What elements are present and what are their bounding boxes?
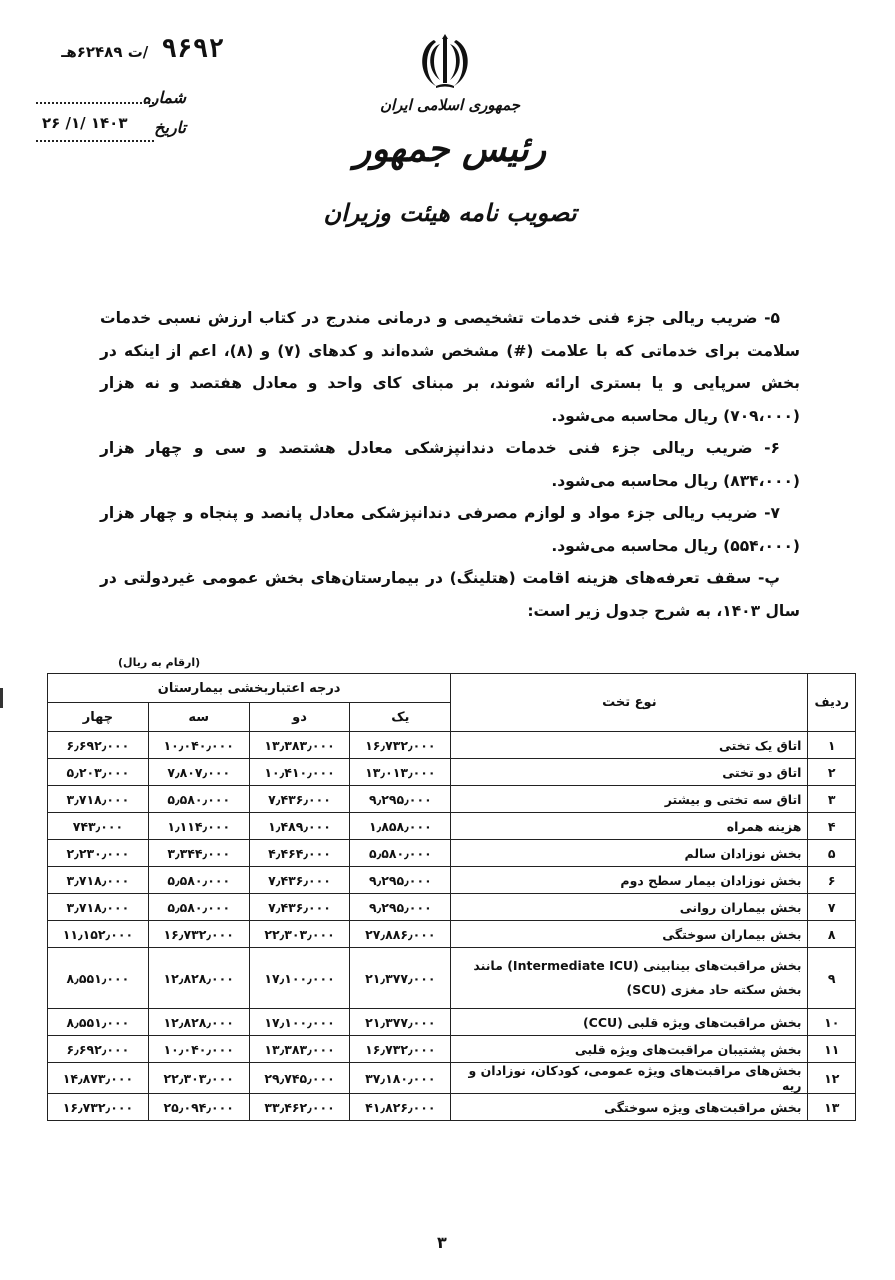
page-number: ۳ [437,1233,447,1252]
date-value: ۱۴۰۳ /۱/ ۲۶ [42,114,128,132]
grade-2-value: ۱٫۴۸۹٫۰۰۰ [249,813,350,840]
grade-4-value: ۱۴٫۸۷۳٫۰۰۰ [48,1063,149,1094]
row-number: ۹ [808,948,856,1009]
grade-3-value: ۲۲٫۳۰۳٫۰۰۰ [148,1063,249,1094]
grade-3-value: ۷٫۸۰۷٫۰۰۰ [148,759,249,786]
grade-4-value: ۶٫۶۹۲٫۰۰۰ [48,732,149,759]
grade-2-value: ۱۰٫۴۱۰٫۰۰۰ [249,759,350,786]
table-row: ۱۲ بخش‌های مراقبت‌های ویژه عمومی، کودکان… [48,1063,856,1094]
handwritten-reference-number: ۹۶۹۲ [161,34,224,64]
row-number: ۷ [808,894,856,921]
grade-4-value: ۸٫۵۵۱٫۰۰۰ [48,948,149,1009]
grade-1-value: ۹٫۲۹۵٫۰۰۰ [350,786,451,813]
row-number: ۴ [808,813,856,840]
paragraph-clause-5: ۵- ضریب ریالی جزء فنی خدمات تشخیصی و درم… [100,302,800,432]
number-date-block: شماره تاریخ ۱۴۰۳ /۱/ ۲۶ [36,88,186,140]
grade-1-value: ۲۷٫۸۸۶٫۰۰۰ [350,921,451,948]
header-president: رئیس جمهور [300,128,600,170]
bed-type: اتاق یک تختی [451,732,808,759]
grade-3-value: ۳٫۳۴۴٫۰۰۰ [148,840,249,867]
table-row: ۱۱ بخش پشتیبان مراقبت‌های ویژه قلبی ۱۶٫۷… [48,1036,856,1063]
date-label: تاریخ [154,118,186,137]
table-row: ۲ اتاق دو تختی ۱۳٫۰۱۳٫۰۰۰ ۱۰٫۴۱۰٫۰۰۰ ۷٫۸… [48,759,856,786]
grade-3-value: ۱۲٫۸۲۸٫۰۰۰ [148,1009,249,1036]
table-row: ۱۰ بخش مراقبت‌های ویژه قلبی (CCU) ۲۱٫۳۷۷… [48,1009,856,1036]
grade-1-value: ۵٫۵۸۰٫۰۰۰ [350,840,451,867]
grade-2-value: ۲۲٫۳۰۳٫۰۰۰ [249,921,350,948]
grade-4-value: ۲٫۲۳۰٫۰۰۰ [48,840,149,867]
grade-3-value: ۲۵٫۰۹۴٫۰۰۰ [148,1094,249,1121]
grade-1-value: ۹٫۲۹۵٫۰۰۰ [350,867,451,894]
bed-type: بخش بیماران سوختگی [451,921,808,948]
col-header-row-number: ردیف [808,674,856,732]
col-header-grade-2: دو [249,703,350,732]
bed-type: اتاق دو تختی [451,759,808,786]
grade-3-value: ۱۶٫۷۳۲٫۰۰۰ [148,921,249,948]
row-number: ۵ [808,840,856,867]
grade-1-value: ۲۱٫۳۷۷٫۰۰۰ [350,1009,451,1036]
grade-1-value: ۱٫۸۵۸٫۰۰۰ [350,813,451,840]
grade-1-value: ۱۶٫۷۳۲٫۰۰۰ [350,732,451,759]
row-number: ۲ [808,759,856,786]
paragraph-clause-7: ۷- ضریب ریالی جزء مواد و لوازم مصرفی دند… [100,497,800,562]
row-number: ۱۱ [808,1036,856,1063]
bed-type: بخش پشتیبان مراقبت‌های ویژه قلبی [451,1036,808,1063]
grade-4-value: ۵٫۲۰۳٫۰۰۰ [48,759,149,786]
bed-type: بخش نوزادان سالم [451,840,808,867]
grade-3-value: ۱۰٫۰۴۰٫۰۰۰ [148,732,249,759]
grade-1-value: ۳۷٫۱۸۰٫۰۰۰ [350,1063,451,1094]
grade-1-value: ۲۱٫۳۷۷٫۰۰۰ [350,948,451,1009]
header-republic: جمهوری اسلامی ایران [300,96,600,114]
number-dotted-line [36,102,154,104]
iran-emblem-icon [414,30,476,92]
grade-2-value: ۳۳٫۴۶۲٫۰۰۰ [249,1094,350,1121]
grade-2-value: ۱۷٫۱۰۰٫۰۰۰ [249,948,350,1009]
col-header-grade-1: یک [350,703,451,732]
grade-4-value: ۳٫۷۱۸٫۰۰۰ [48,867,149,894]
table-row: ۹ بخش مراقبت‌های بینابینی (Intermediate … [48,948,856,1009]
row-number: ۸ [808,921,856,948]
grade-3-value: ۱۰٫۰۴۰٫۰۰۰ [148,1036,249,1063]
row-number: ۱ [808,732,856,759]
row-number: ۱۰ [808,1009,856,1036]
bed-type: بخش مراقبت‌های بینابینی (Intermediate IC… [451,948,808,1009]
grade-2-value: ۷٫۴۳۶٫۰۰۰ [249,786,350,813]
grade-2-value: ۲۹٫۷۴۵٫۰۰۰ [249,1063,350,1094]
scan-edge-mark [0,688,3,708]
grade-4-value: ۸٫۵۵۱٫۰۰۰ [48,1009,149,1036]
table-row: ۱۳ بخش مراقبت‌های ویژه سوختگی ۴۱٫۸۲۶٫۰۰۰… [48,1094,856,1121]
grade-4-value: ۶٫۶۹۲٫۰۰۰ [48,1036,149,1063]
table-row: ۸ بخش بیماران سوختگی ۲۷٫۸۸۶٫۰۰۰ ۲۲٫۳۰۳٫۰… [48,921,856,948]
number-row: شماره [36,88,186,110]
table-row: ۵ بخش نوزادان سالم ۵٫۵۸۰٫۰۰۰ ۴٫۴۶۴٫۰۰۰ ۳… [48,840,856,867]
grade-2-value: ۴٫۴۶۴٫۰۰۰ [249,840,350,867]
reference-code: /ت ۶۲۴۸۹هـ [61,43,148,61]
bed-type: بخش بیماران روانی [451,894,808,921]
grade-4-value: ۳٫۷۱۸٫۰۰۰ [48,786,149,813]
table-row: ۶ بخش نوزادان بیمار سطح دوم ۹٫۲۹۵٫۰۰۰ ۷٫… [48,867,856,894]
bed-type: بخش‌های مراقبت‌های ویژه عمومی، کودکان، ن… [451,1063,808,1094]
grade-1-value: ۹٫۲۹۵٫۰۰۰ [350,894,451,921]
row-number: ۶ [808,867,856,894]
col-header-grade-4: چهار [48,703,149,732]
header-cabinet-resolution: تصویب نامه هیئت وزیران [300,198,600,227]
col-header-bed-type: نوع تخت [451,674,808,732]
table-row: ۱ اتاق یک تختی ۱۶٫۷۳۲٫۰۰۰ ۱۳٫۳۸۳٫۰۰۰ ۱۰٫… [48,732,856,759]
bed-type: بخش نوزادان بیمار سطح دوم [451,867,808,894]
number-label: شماره [142,88,186,107]
row-number: ۳ [808,786,856,813]
grade-2-value: ۷٫۴۳۶٫۰۰۰ [249,894,350,921]
grade-2-value: ۱۷٫۱۰۰٫۰۰۰ [249,1009,350,1036]
grade-2-value: ۱۳٫۳۸۳٫۰۰۰ [249,732,350,759]
grade-3-value: ۵٫۵۸۰٫۰۰۰ [148,894,249,921]
bed-type: بخش مراقبت‌های ویژه قلبی (CCU) [451,1009,808,1036]
bed-type: هزینه همراه [451,813,808,840]
grade-3-value: ۵٫۵۸۰٫۰۰۰ [148,786,249,813]
grade-1-value: ۴۱٫۸۲۶٫۰۰۰ [350,1094,451,1121]
paragraph-clause-p: پ- سقف تعرفه‌های هزینه اقامت (هتلینگ) در… [100,562,800,627]
col-header-grade-group: درجه اعتباربخشی بیمارستان [48,674,451,703]
bed-type: بخش مراقبت‌های ویژه سوختگی [451,1094,808,1121]
grade-1-value: ۱۳٫۰۱۳٫۰۰۰ [350,759,451,786]
grade-4-value: ۳٫۷۱۸٫۰۰۰ [48,894,149,921]
table-row: ۳ اتاق سه تختی و بیشتر ۹٫۲۹۵٫۰۰۰ ۷٫۴۳۶٫۰… [48,786,856,813]
col-header-grade-3: سه [148,703,249,732]
grade-3-value: ۱۲٫۸۲۸٫۰۰۰ [148,948,249,1009]
paragraph-clause-6: ۶- ضریب ریالی جزء فنی خدمات دندانپزشکی م… [100,432,800,497]
resolution-body: ۵- ضریب ریالی جزء فنی خدمات تشخیصی و درم… [100,302,800,627]
table-unit-note: (ارقام به ریال) [118,656,200,669]
date-dotted-line [36,140,154,142]
grade-2-value: ۷٫۴۳۶٫۰۰۰ [249,867,350,894]
row-number: ۱۳ [808,1094,856,1121]
grade-4-value: ۷۴۳٫۰۰۰ [48,813,149,840]
grade-4-value: ۱۱٫۱۵۲٫۰۰۰ [48,921,149,948]
table-row: ۴ هزینه همراه ۱٫۸۵۸٫۰۰۰ ۱٫۴۸۹٫۰۰۰ ۱٫۱۱۴٫… [48,813,856,840]
table-row: ۷ بخش بیماران روانی ۹٫۲۹۵٫۰۰۰ ۷٫۴۳۶٫۰۰۰ … [48,894,856,921]
reference-number-line: ۹۶۹۲ /ت ۶۲۴۸۹هـ [14,34,224,64]
grade-3-value: ۱٫۱۱۴٫۰۰۰ [148,813,249,840]
bed-type: اتاق سه تختی و بیشتر [451,786,808,813]
hoteling-tariff-table: ردیف نوع تخت درجه اعتباربخشی بیمارستان ی… [47,673,856,1121]
grade-4-value: ۱۶٫۷۳۲٫۰۰۰ [48,1094,149,1121]
date-row: تاریخ ۱۴۰۳ /۱/ ۲۶ [36,118,186,140]
row-number: ۱۲ [808,1063,856,1094]
grade-1-value: ۱۶٫۷۳۲٫۰۰۰ [350,1036,451,1063]
grade-3-value: ۵٫۵۸۰٫۰۰۰ [148,867,249,894]
grade-2-value: ۱۳٫۳۸۳٫۰۰۰ [249,1036,350,1063]
